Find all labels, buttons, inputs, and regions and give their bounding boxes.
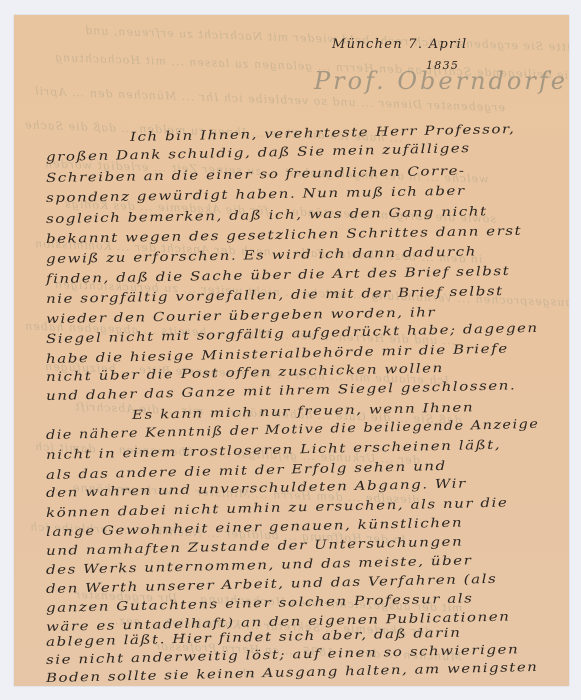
letter-page: Ich bitte Sie ergebenst, mich recht bald… [14, 15, 569, 686]
pencil-annotation: Prof. Oberndorfer [314, 67, 569, 95]
place-date: München 7. April [332, 37, 467, 52]
